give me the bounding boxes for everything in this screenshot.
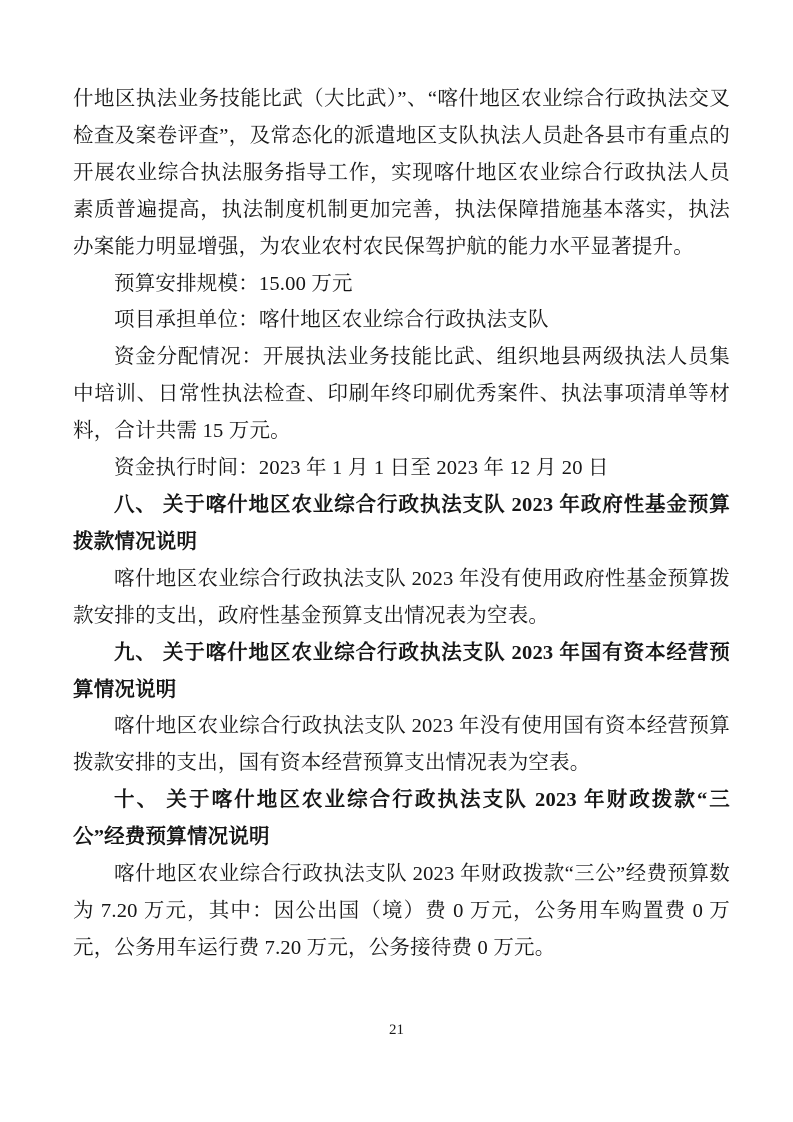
paragraph: 八、 关于喀什地区农业综合行政执法支队 2023 年政府性基金预算拨款情况说明 — [73, 487, 730, 561]
page-number: 21 — [0, 1022, 793, 1039]
paragraph: 预算安排规模：15.00 万元 — [73, 266, 730, 303]
paragraph: 什地区执法业务技能比武（大比武）”、“喀什地区农业综合行政执法交叉检查及案卷评查… — [73, 81, 730, 266]
paragraph: 项目承担单位：喀什地区农业综合行政执法支队 — [73, 302, 730, 339]
paragraph: 九、 关于喀什地区农业综合行政执法支队 2023 年国有资本经营预算情况说明 — [73, 635, 730, 709]
paragraph: 喀什地区农业综合行政执法支队 2023 年财政拨款“三公”经费预算数为 7.20… — [73, 856, 730, 967]
paragraph: 十、 关于喀什地区农业综合行政执法支队 2023 年财政拨款“三公”经费预算情况… — [73, 782, 730, 856]
paragraph: 资金分配情况：开展执法业务技能比武、组织地县两级执法人员集中培训、日常性执法检查… — [73, 339, 730, 450]
paragraph: 资金执行时间：2023 年 1 月 1 日至 2023 年 12 月 20 日 — [73, 450, 730, 487]
paragraph: 喀什地区农业综合行政执法支队 2023 年没有使用国有资本经营预算拨款安排的支出… — [73, 708, 730, 782]
document-body: 什地区执法业务技能比武（大比武）”、“喀什地区农业综合行政执法交叉检查及案卷评查… — [73, 81, 730, 967]
paragraph: 喀什地区农业综合行政执法支队 2023 年没有使用政府性基金预算拨款安排的支出，… — [73, 561, 730, 635]
document-page: 什地区执法业务技能比武（大比武）”、“喀什地区农业综合行政执法交叉检查及案卷评查… — [0, 0, 793, 1122]
